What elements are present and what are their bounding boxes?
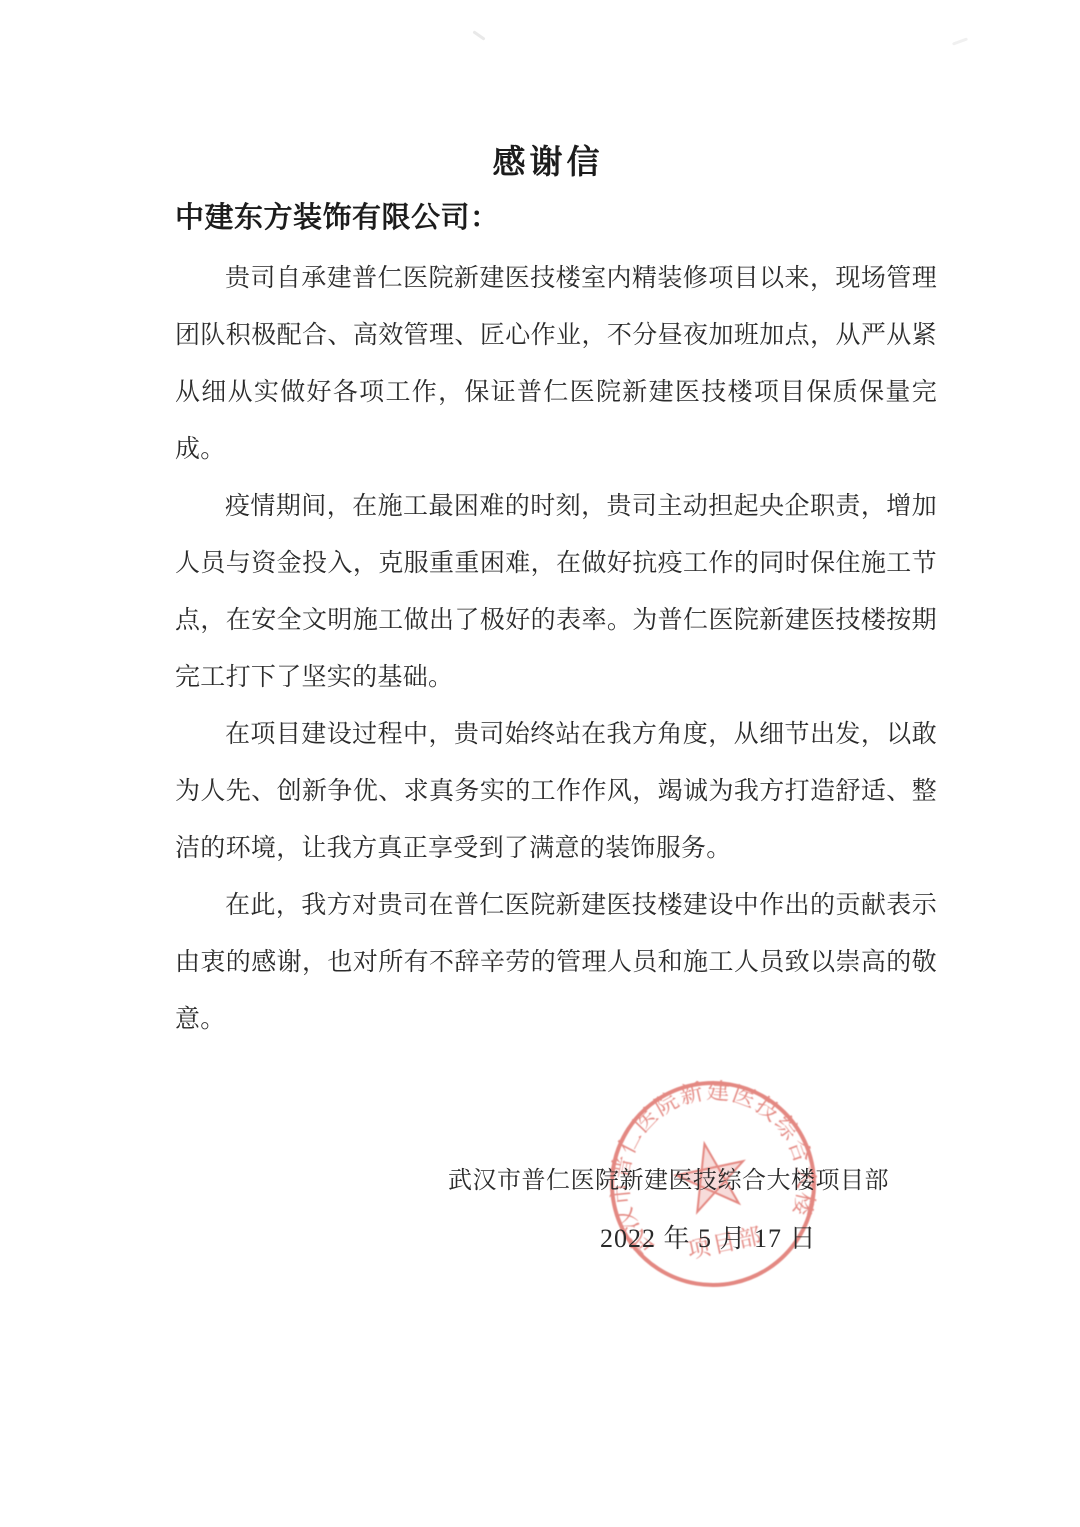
paragraph-3: 在项目建设过程中，贵司始终站在我方角度，从细节出发，以敢为人先、创新争优、求真务… xyxy=(175,706,937,877)
date-line: 2022 年 5 月 17 日 xyxy=(600,1218,817,1255)
letter-body: 贵司自承建普仁医院新建医技楼室内精装修项目以来，现场管理团队积极配合、高效管理、… xyxy=(175,250,937,1048)
paragraph-2: 疫情期间，在施工最困难的时刻，贵司主动担起央企职责，增加人员与资金投入，克服重重… xyxy=(175,478,937,706)
paragraph-4: 在此，我方对贵司在普仁医院新建医技楼建设中作出的贡献表示由衷的感谢，也对所有不辞… xyxy=(175,877,937,1048)
letter-page: 感谢信 中建东方装饰有限公司： 贵司自承建普仁医院新建医技楼室内精装修项目以来，… xyxy=(0,0,1080,1527)
paragraph-1: 贵司自承建普仁医院新建医技楼室内精装修项目以来，现场管理团队积极配合、高效管理、… xyxy=(175,250,937,478)
recipient-line: 中建东方装饰有限公司： xyxy=(175,195,500,236)
scan-artifact xyxy=(952,37,968,45)
scan-artifact xyxy=(472,30,485,40)
letter-title: 感谢信 xyxy=(0,136,1080,183)
signature-line: 武汉市普仁医院新建医技综合大楼项目部 xyxy=(448,1160,889,1195)
